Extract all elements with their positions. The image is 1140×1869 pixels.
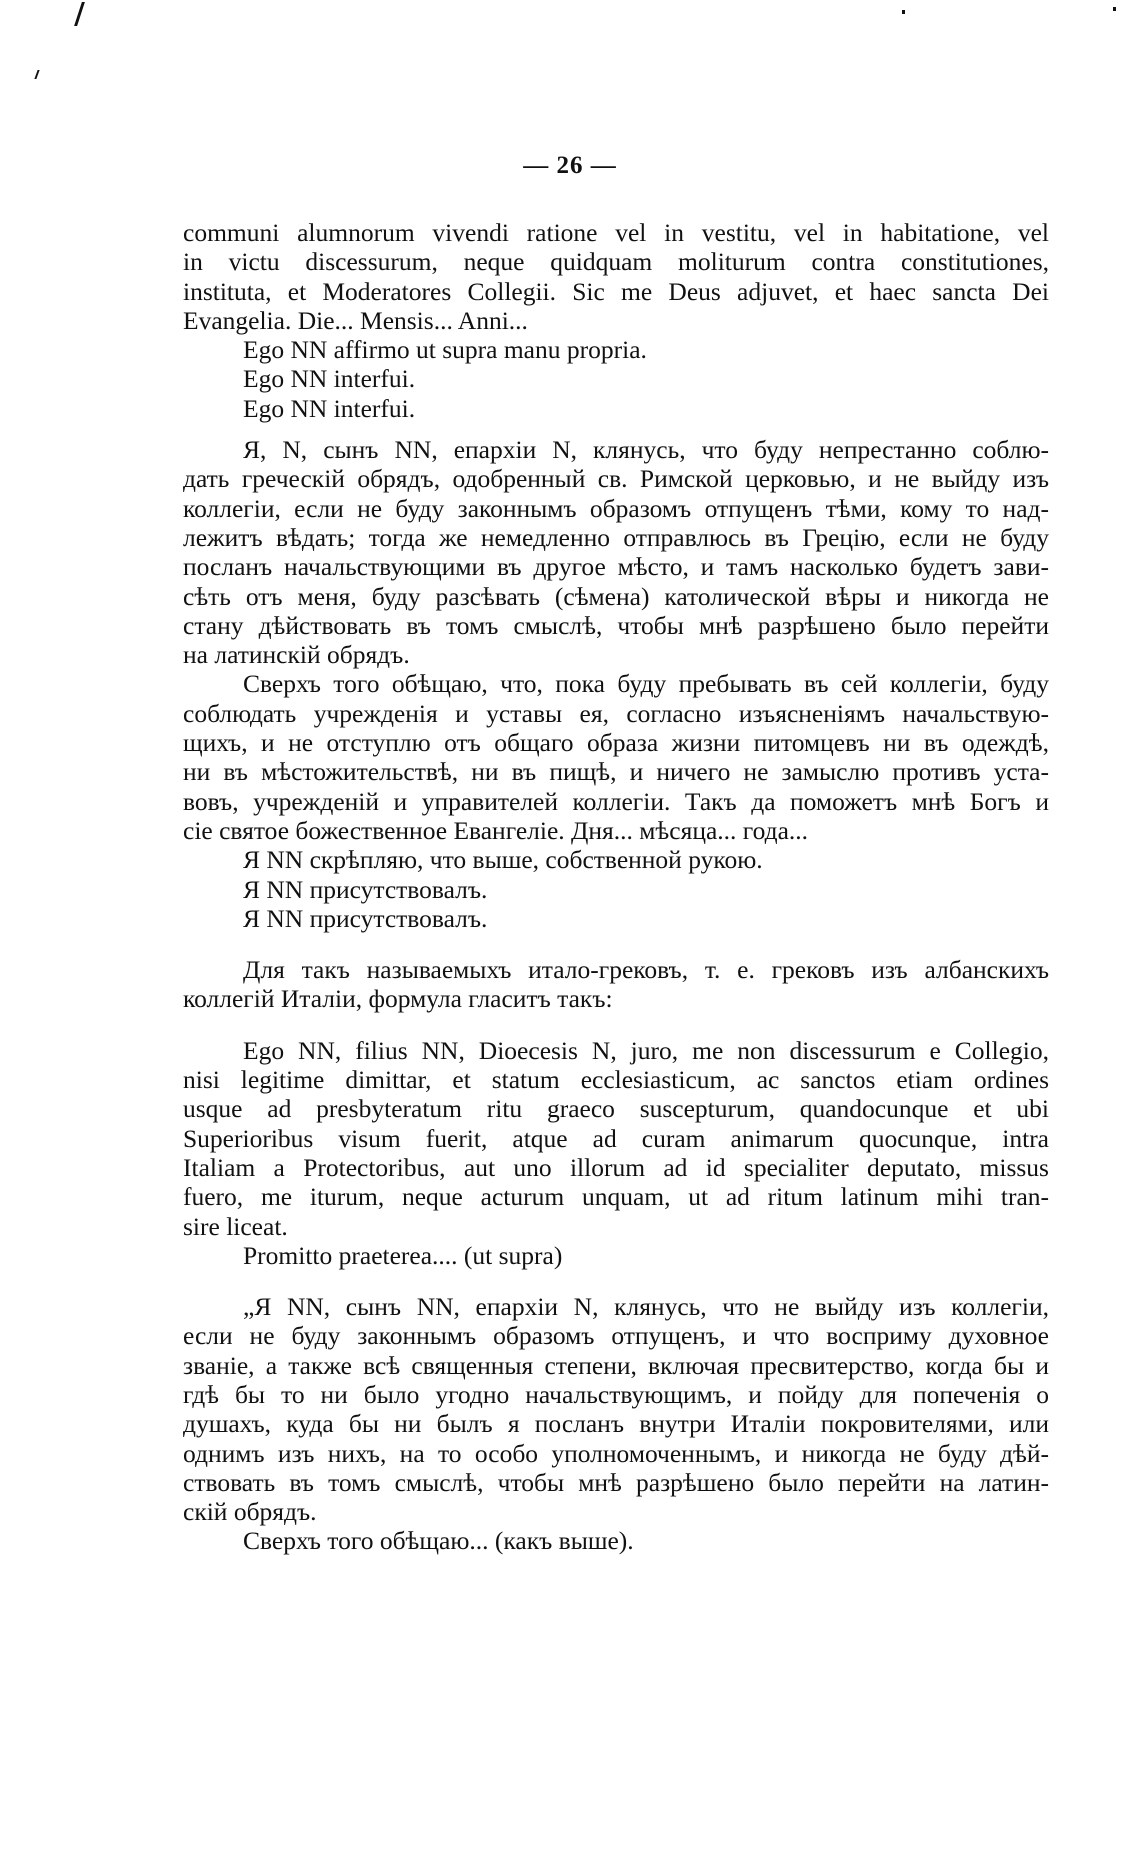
text-line: ни въ мѣстожительствѣ, ни въ пищѣ, и нич…	[183, 757, 1049, 786]
text-line: званіе, а также всѣ священныя степени, в…	[183, 1351, 1049, 1380]
text-line: однимъ изъ нихъ, на то особо уполномочен…	[183, 1439, 1049, 1468]
text-line: лежитъ вѣдать; тогда же немедленно отпра…	[183, 523, 1049, 552]
text-line: communi alumnorum vivendi ratione vel in…	[183, 218, 1049, 247]
russian-promise-paragraph: Сверхъ того обѣщаю, что, пока буду пребы…	[183, 669, 1049, 845]
closing-line: Сверхъ того обѣщаю... (какъ выше).	[183, 1526, 1049, 1555]
text-line: Я, N, сынъ NN, епархіи N, клянусь, что б…	[183, 435, 1049, 464]
signature-line: Я NN присутствовалъ.	[183, 875, 1049, 904]
italo-greek-russian-paragraph: „Я NN, сынъ NN, епархіи N, клянусь, что …	[183, 1292, 1049, 1556]
text-line: ствовать въ томъ смыслѣ, чтобы мнѣ разрѣ…	[183, 1468, 1049, 1497]
text-line: если не буду законнымъ образомъ отпущенъ…	[183, 1321, 1049, 1350]
signature-line: Я NN присутствовалъ.	[183, 904, 1049, 933]
scan-artifact	[902, 10, 905, 14]
scan-artifact	[74, 2, 85, 26]
text-line: гдѣ бы то ни было угодно начальствующимъ…	[183, 1380, 1049, 1409]
text-line: дать греческій обрядъ, одобренный св. Ри…	[183, 464, 1049, 493]
text-line: Ego NN, filius NN, Dioecesis N, juro, me…	[183, 1036, 1049, 1065]
document-body: communi alumnorum vivendi ratione vel in…	[183, 218, 1049, 1556]
russian-oath-paragraph: Я, N, сынъ NN, епархіи N, клянусь, что б…	[183, 435, 1049, 669]
text-line: скій обрядъ.	[183, 1497, 1049, 1526]
text-line: на латинскій обрядъ.	[183, 640, 1049, 669]
text-line: Italiam a Protectoribus, aut uno illorum…	[183, 1153, 1049, 1182]
latin-signatures: Ego NN affirmo ut supra manu propria. Eg…	[183, 335, 1049, 423]
scan-artifact	[1113, 7, 1116, 11]
text-line: вовъ, учрежденій и управителей коллегіи.…	[183, 787, 1049, 816]
text-line: коллегіи, если не буду законнымъ образом…	[183, 494, 1049, 523]
text-line: душахъ, куда бы ни былъ я посланъ внутри…	[183, 1409, 1049, 1438]
latin-oath-paragraph: communi alumnorum vivendi ratione vel in…	[183, 218, 1049, 335]
scan-artifact	[34, 70, 39, 79]
text-line: instituta, et Moderatores Collegii. Sic …	[183, 277, 1049, 306]
signature-line: Ego NN interfui.	[183, 364, 1049, 393]
text-line: usque ad presbyteratum ritu graeco susce…	[183, 1094, 1049, 1123]
text-line: in victu discessurum, neque quidquam mol…	[183, 247, 1049, 276]
text-line: Evangelia. Die... Mensis... Anni...	[183, 306, 1049, 335]
text-line: сѣть отъ меня, буду разсѣвать (сѣмена) к…	[183, 582, 1049, 611]
italo-greek-latin-paragraph: Ego NN, filius NN, Dioecesis N, juro, me…	[183, 1036, 1049, 1270]
text-line: Для такъ называемыхъ итало-грековъ, т. е…	[183, 955, 1049, 984]
text-line: nisi legitime dimittar, et statum eccles…	[183, 1065, 1049, 1094]
signature-line: Ego NN interfui.	[183, 394, 1049, 423]
text-line: соблюдать учрежденія и уставы ея, соглас…	[183, 699, 1049, 728]
signature-line: Я NN скрѣпляю, что выше, собственной рук…	[183, 845, 1049, 874]
closing-line: Promitto praeterea.... (ut supra)	[183, 1241, 1049, 1270]
text-line: Сверхъ того обѣщаю, что, пока буду пребы…	[183, 669, 1049, 698]
russian-signatures: Я NN скрѣпляю, что выше, собственной рук…	[183, 845, 1049, 933]
text-line: sire liceat.	[183, 1212, 1049, 1241]
text-line: стану дѣйствовать въ томъ смыслѣ, чтобы …	[183, 611, 1049, 640]
italo-greek-intro-paragraph: Для такъ называемыхъ итало-грековъ, т. е…	[183, 955, 1049, 1014]
text-line: Superioribus visum fuerit, atque ad cura…	[183, 1124, 1049, 1153]
text-line: щихъ, и не отступлю отъ общаго образа жи…	[183, 728, 1049, 757]
text-line: сіе святое божественное Евангеліе. Дня..…	[183, 816, 1049, 845]
text-line: „Я NN, сынъ NN, епархіи N, клянусь, что …	[183, 1292, 1049, 1321]
text-line: fuero, me iturum, neque acturum unquam, …	[183, 1182, 1049, 1211]
text-line: посланъ начальствующими въ другое мѣсто,…	[183, 552, 1049, 581]
page-number: — 26 —	[0, 152, 1140, 180]
text-line: коллегій Италіи, формула гласитъ такъ:	[183, 984, 1049, 1013]
signature-line: Ego NN affirmo ut supra manu propria.	[183, 335, 1049, 364]
